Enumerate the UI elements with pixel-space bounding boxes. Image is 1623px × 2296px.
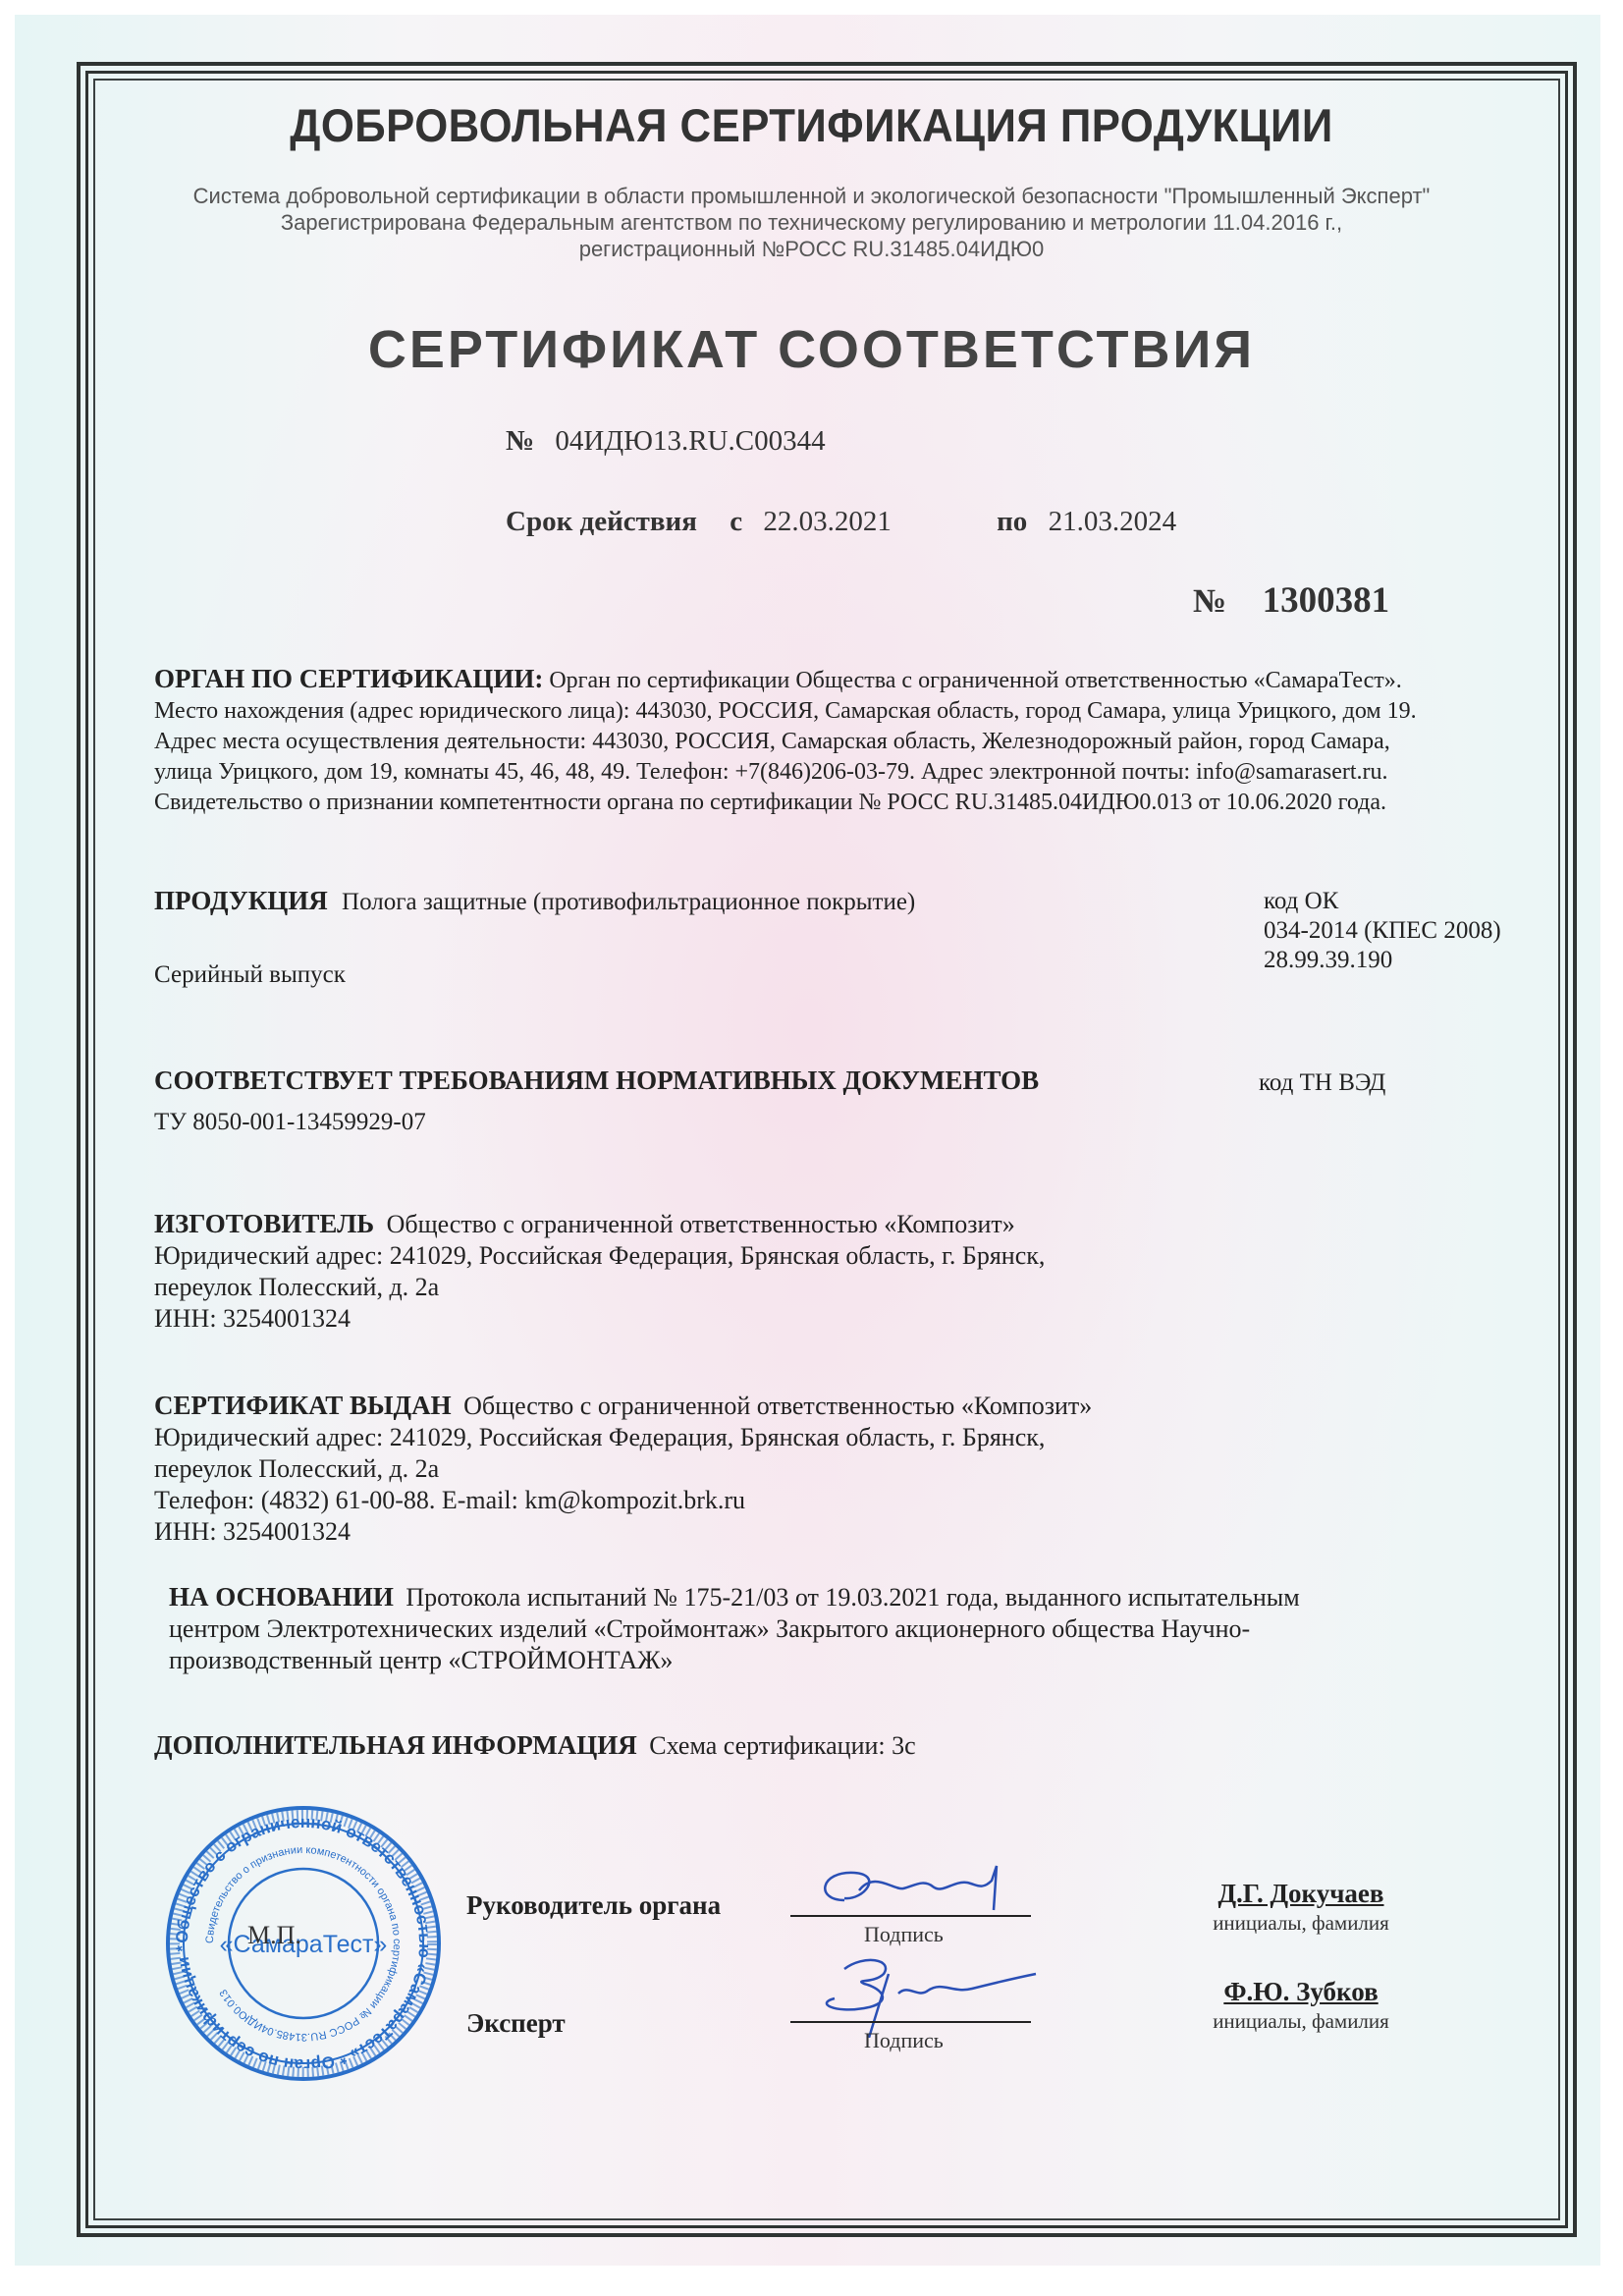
head-name-block: Д.Г. Докучаев инициалы, фамилия	[1173, 1879, 1429, 1936]
organ-line-3: Адрес места осуществления деятельности: …	[154, 727, 1568, 757]
manufacturer-address-1: Юридический адрес: 241029, Российская Фе…	[154, 1240, 1045, 1272]
issued-to-inn: ИНН: 3254001324	[154, 1516, 1092, 1548]
certificate-title: СЕРТИФИКАТ СООТВЕТСТВИЯ	[0, 319, 1623, 380]
organ-line-4: улица Урицкого, дом 19, комнаты 45, 46, …	[154, 757, 1568, 788]
ok-code-label: код ОК	[1264, 887, 1501, 916]
stamp-center-text: «СамараТест»	[220, 1931, 388, 1958]
expert-name: Ф.Ю. Зубков	[1173, 1977, 1429, 2007]
ok-code: 28.99.39.190	[1264, 946, 1501, 975]
expert-name-block: Ф.Ю. Зубков инициалы, фамилия	[1173, 1977, 1429, 2034]
validity-from-date: 22.03.2021	[763, 506, 892, 537]
issued-to-label: СЕРТИФИКАТ ВЫДАН	[154, 1391, 452, 1420]
seal-mark: М.П.	[247, 1921, 301, 1950]
validity-row: Срок действия с 22.03.2021 по 21.03.2024	[506, 506, 1176, 538]
number-prefix: №	[506, 425, 534, 457]
product-release: Серийный выпуск	[154, 960, 346, 989]
organ-line-2: Место нахождения (адрес юридического лиц…	[154, 696, 1568, 727]
validity-to-label: по	[997, 506, 1027, 537]
header-title: ДОБРОВОЛЬНАЯ СЕРТИФИКАЦИЯ ПРОДУКЦИИ	[57, 98, 1566, 152]
manufacturer-address-2: переулок Полесский, д. 2а	[154, 1272, 1045, 1303]
certificate-number: 04ИДЮ13.RU.C00344	[555, 425, 825, 457]
basis-section: НА ОСНОВАНИИ Протокола испытаний № 175-2…	[169, 1581, 1300, 1676]
system-line-1: Система добровольной сертификации в обла…	[0, 183, 1623, 209]
head-signature-caption: Подпись	[864, 1922, 944, 1947]
additional-label: ДОПОЛНИТЕЛЬНАЯ ИНФОРМАЦИЯ	[154, 1730, 637, 1760]
head-signature-icon	[805, 1861, 1031, 1920]
additional-section: ДОПОЛНИТЕЛЬНАЯ ИНФОРМАЦИЯ Схема сертифик…	[154, 1731, 916, 1760]
blank-number-prefix: №	[1193, 583, 1226, 620]
certificate-number-row: № 04ИДЮ13.RU.C00344	[506, 425, 826, 458]
head-label: Руководитель органа	[466, 1890, 721, 1921]
manufacturer-inn: ИНН: 3254001324	[154, 1303, 1045, 1335]
system-line-3: регистрационный №РОСС RU.31485.04ИДЮ0	[0, 236, 1623, 262]
ok-code-classifier: 034-2014 (КПЕС 2008)	[1264, 916, 1501, 946]
expert-signature-caption: Подпись	[864, 2028, 944, 2053]
expert-signature-icon	[805, 1949, 1041, 2038]
organ-label: ОРГАН ПО СЕРТИФИКАЦИИ:	[154, 664, 543, 693]
expert-name-caption: инициалы, фамилия	[1173, 2009, 1429, 2034]
head-signature-line	[790, 1915, 1031, 1917]
organ-line-5: Свидетельство о признании компетентности…	[154, 788, 1568, 818]
validity-label: Срок действия	[506, 506, 697, 537]
basis-line-3: производственный центр «СТРОЙМОНТАЖ»	[169, 1645, 1300, 1676]
expert-label: Эксперт	[466, 2008, 566, 2039]
issued-to-name: Общество с ограниченной ответственностью…	[463, 1392, 1092, 1420]
head-name-caption: инициалы, фамилия	[1173, 1911, 1429, 1936]
basis-line-2: центром Электротехнических изделий «Стро…	[169, 1613, 1300, 1645]
system-line-2: Зарегистрирована Федеральным агентством …	[0, 209, 1623, 236]
issued-to-section: СЕРТИФИКАТ ВЫДАН Общество с ограниченной…	[154, 1390, 1092, 1548]
manufacturer-label: ИЗГОТОВИТЕЛЬ	[154, 1209, 374, 1238]
blank-number: 1300381	[1263, 580, 1390, 621]
organ-section: ОРГАН ПО СЕРТИФИКАЦИИ: Орган по сертифик…	[154, 664, 1568, 818]
head-name: Д.Г. Докучаев	[1173, 1879, 1429, 1909]
issued-to-address-1: Юридический адрес: 241029, Российская Фе…	[154, 1422, 1092, 1453]
issued-to-contacts: Телефон: (4832) 61-00-88. E-mail: km@kom…	[154, 1485, 1092, 1516]
manufacturer-name: Общество с ограниченной ответственностью…	[387, 1210, 1015, 1238]
product-row: ПРОДУКЦИЯ Полога защитные (противофильтр…	[154, 887, 915, 916]
product-name: Полога защитные (противофильтрационное п…	[342, 889, 915, 915]
validity-from-label: с	[730, 506, 742, 537]
expert-signature-line	[790, 2021, 1031, 2023]
conformity-label: СООТВЕТСТВУЕТ ТРЕБОВАНИЯМ НОРМАТИВНЫХ ДО…	[154, 1066, 1039, 1096]
basis-label: НА ОСНОВАНИИ	[169, 1582, 394, 1612]
manufacturer-section: ИЗГОТОВИТЕЛЬ Общество с ограниченной отв…	[154, 1208, 1045, 1335]
organ-line-1: Орган по сертификации Общества с огранич…	[549, 668, 1401, 693]
ok-code-block: код ОК 034-2014 (КПЕС 2008) 28.99.39.190	[1264, 887, 1501, 975]
tnved-label: код ТН ВЭД	[1259, 1068, 1385, 1097]
organization-stamp: Общество с ограниченной ответственностью…	[137, 1805, 469, 2082]
issued-to-address-2: переулок Полесский, д. 2а	[154, 1453, 1092, 1485]
blank-number-row: № 1300381	[1193, 579, 1389, 622]
basis-line-1: Протокола испытаний № 175-21/03 от 19.03…	[406, 1583, 1299, 1612]
conformity-document: ТУ 8050-001-13459929-07	[154, 1108, 426, 1136]
validity-to-date: 21.03.2024	[1049, 506, 1177, 537]
product-label: ПРОДУКЦИЯ	[154, 886, 328, 915]
additional-text: Схема сертификации: 3с	[649, 1731, 915, 1760]
